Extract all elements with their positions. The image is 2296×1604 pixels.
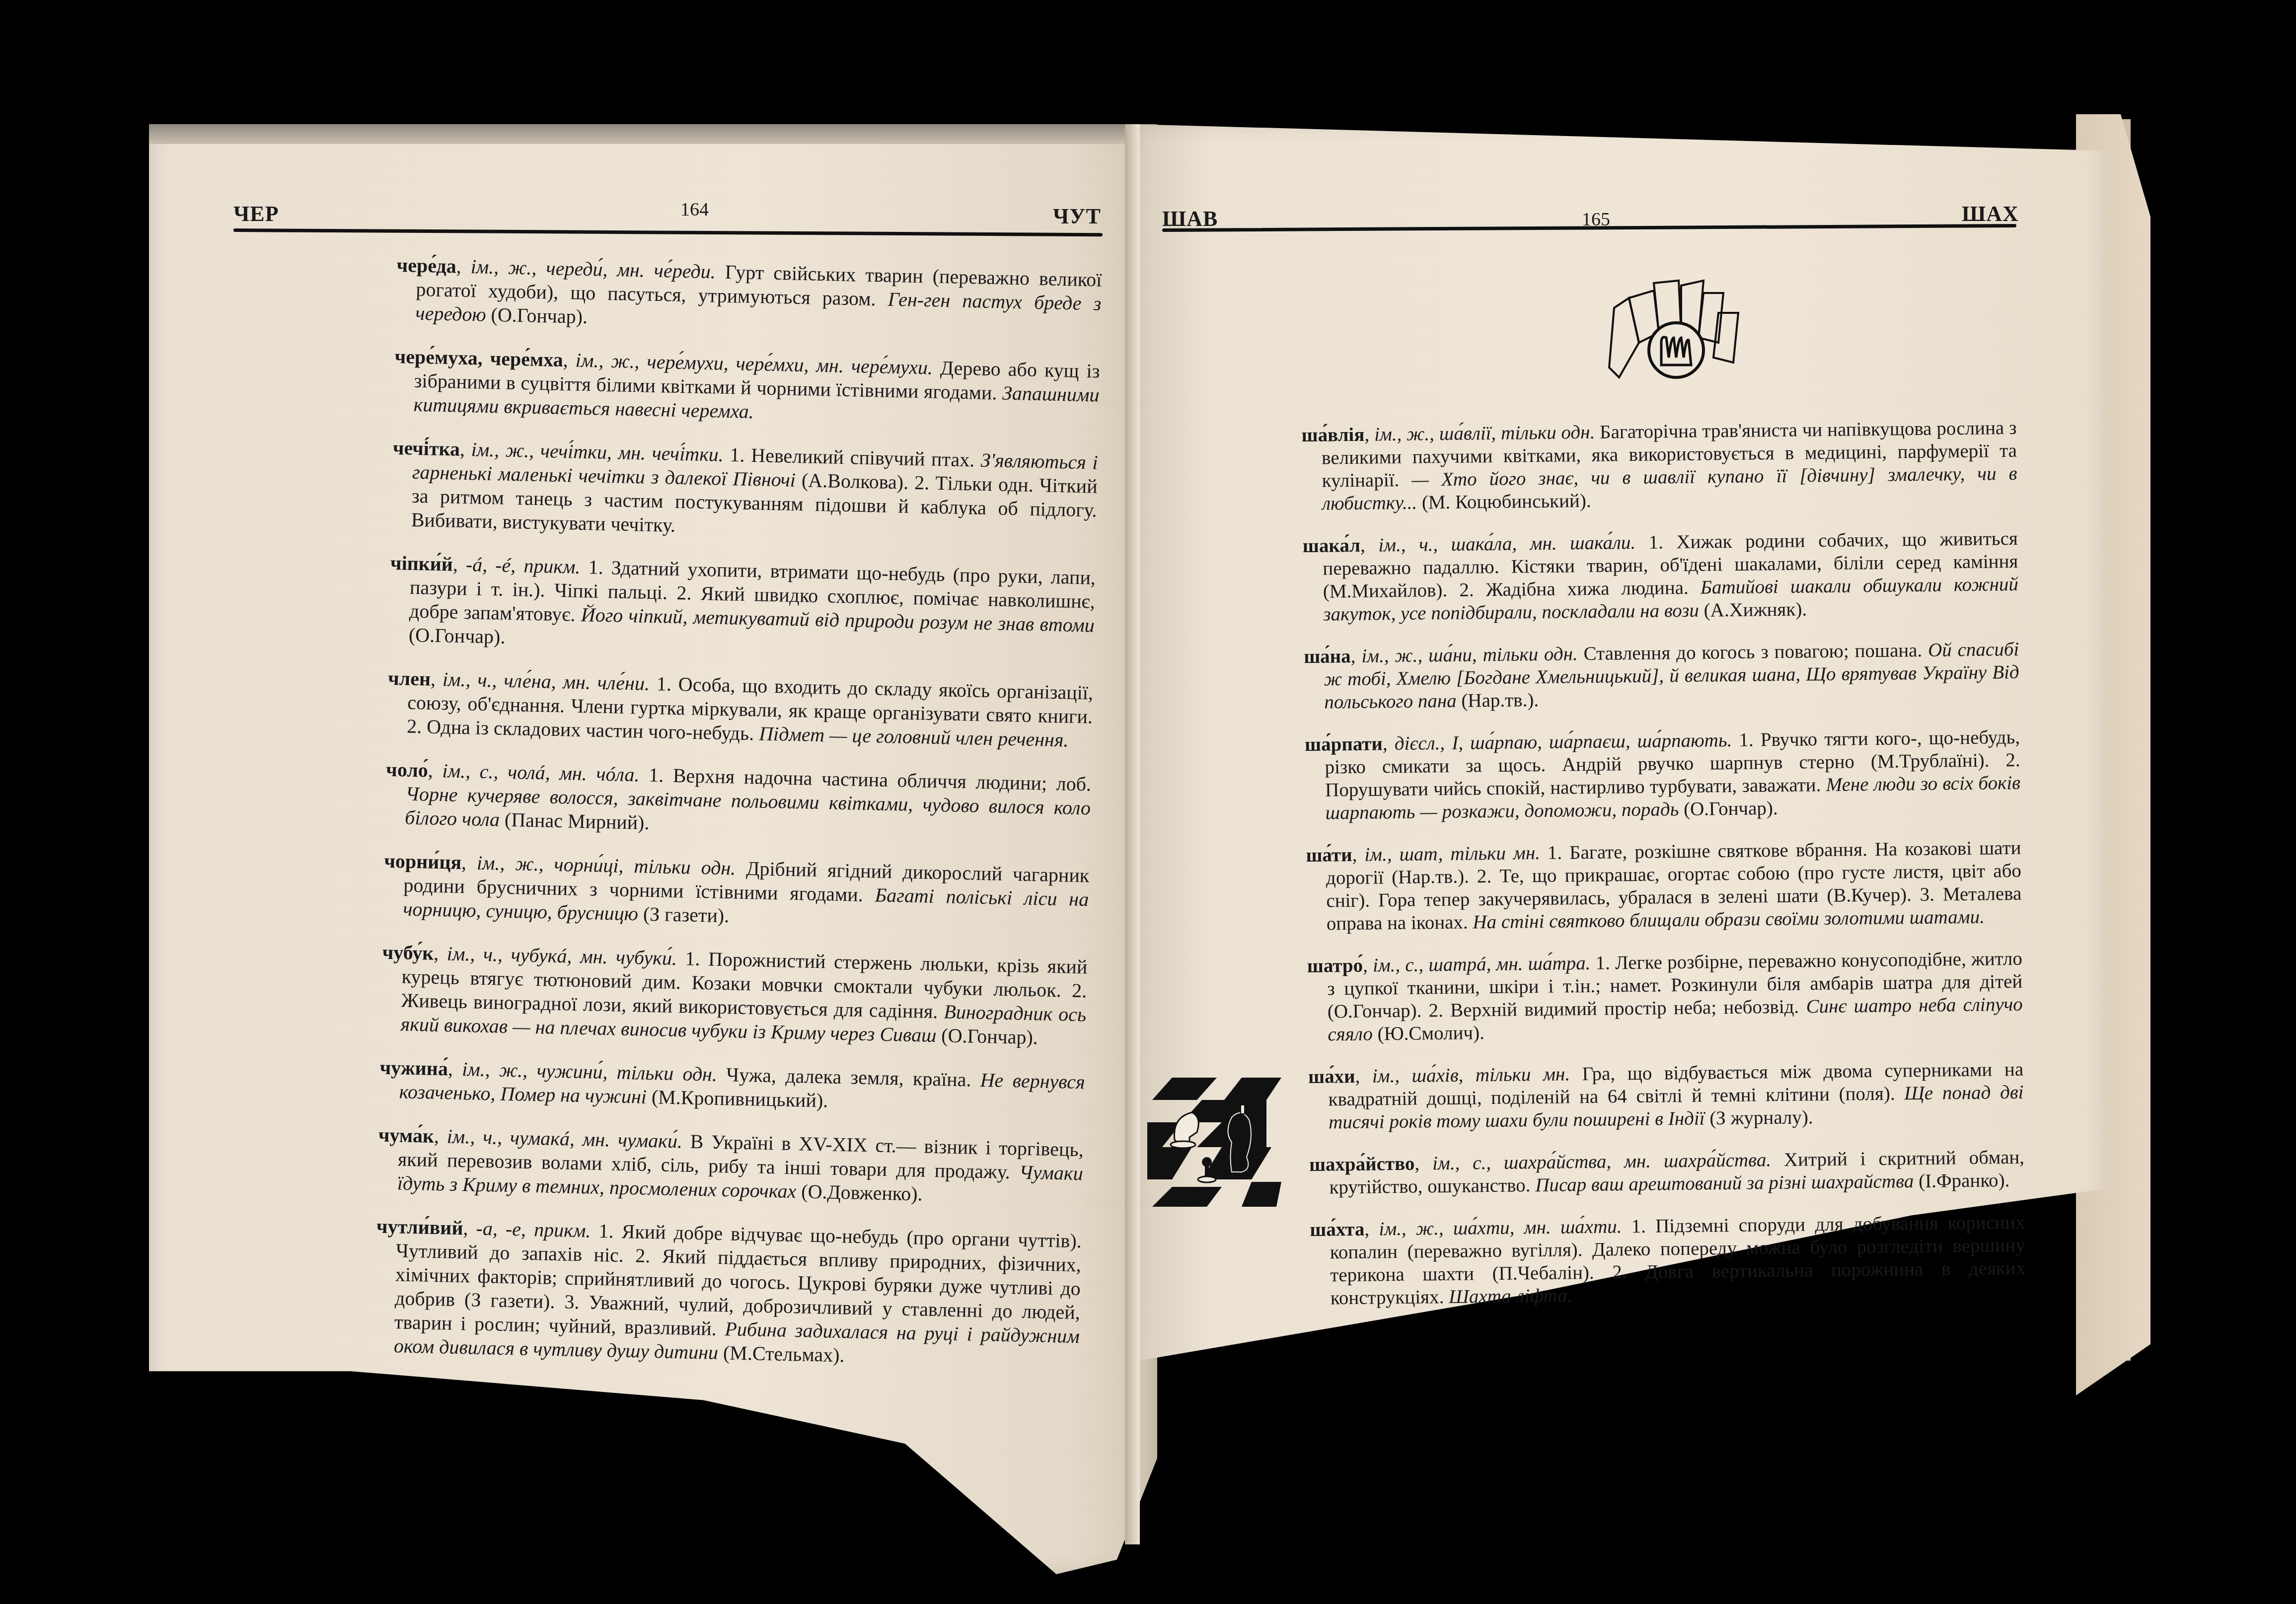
dictionary-entry: чужина́, ім., ж., чужини́, тільки одн. Ч… xyxy=(379,1056,1085,1118)
running-head-last-word: ЧУТ xyxy=(1053,204,1101,229)
headword: шатро́ xyxy=(1307,955,1363,977)
headword: ша́ти xyxy=(1306,844,1352,866)
grammar-note: ім., шат, тільки мн. xyxy=(1364,842,1540,866)
headword: ша́влія xyxy=(1301,424,1364,446)
definition: Ставлення до когось з повагою; пошана. xyxy=(1583,640,1922,664)
grammar-note: -а, -е, прикм. xyxy=(476,1217,591,1242)
source: (О.Гончар). xyxy=(491,303,588,328)
source: (Нар.тв.). xyxy=(1461,689,1539,712)
grammar-note: ім., с., чолá, мн. чóла. xyxy=(442,759,640,786)
headword: шака́л xyxy=(1303,535,1360,557)
grammar-note: -á, -é, прикм. xyxy=(466,553,581,578)
headword: чубу́к xyxy=(382,941,434,964)
book-gutter xyxy=(1125,124,1140,1544)
running-head-first-word: ШАВ xyxy=(1162,206,1218,231)
running-head-last-word: ШАХ xyxy=(1962,201,2019,226)
headword: чечі́тка xyxy=(392,437,460,460)
headword: чутли́вий xyxy=(376,1215,463,1239)
dictionary-entry: чере́да, ім., ж., череди́, мн. че́реди. … xyxy=(395,253,1102,340)
open-dictionary-book: ЧЕР 164 ЧУТ ШАВ 165 ШАХ xyxy=(0,0,2296,1604)
grammar-note: ім., ж., чечі́тки, мн. чечі́тки. xyxy=(471,438,724,466)
source: (О.Довженко). xyxy=(801,1180,923,1205)
right-page-entries: ша́влія, ім., ж., ша́влії, тільки одн. Б… xyxy=(1301,397,2026,1325)
emblem-illustration-icon xyxy=(1599,263,1743,387)
grammar-note: дієсл., I, ша́рпаю, ша́рпаєш, ша́рпають. xyxy=(1395,729,1732,754)
dictionary-entry: шахра́йство, ім., с., шахра́йства, мн. ш… xyxy=(1309,1146,2025,1199)
grammar-note: ім., ша́хів, тільки мн. xyxy=(1372,1063,1570,1087)
grammar-note: ім., ч., шака́ла, мн. шака́ли. xyxy=(1378,532,1635,556)
headword: чіпки́й xyxy=(390,552,453,576)
dictionary-entry: ша́ти, ім., шат, тільки мн. 1. Багате, р… xyxy=(1306,837,2022,936)
headword: член xyxy=(388,667,431,690)
page-number: 164 xyxy=(680,199,709,220)
running-head-first-word: ЧЕР xyxy=(233,201,279,226)
dictionary-entry: чума́к, ім., ч., чумакá, мн. чумаки́. В … xyxy=(377,1123,1084,1210)
source: (О.Гончар). xyxy=(1684,798,1778,820)
source: (Панас Мирний). xyxy=(505,808,650,834)
grammar-note: ім., ж., череди́, мн. че́реди. xyxy=(470,255,716,283)
headword: шахра́йство xyxy=(1309,1153,1415,1175)
example: На стіні святково блищали образи своїми … xyxy=(1473,906,1985,933)
dictionary-entry: чечі́тка, ім., ж., чечі́тки, мн. чечі́тк… xyxy=(391,436,1098,546)
dictionary-entry: ша́на, ім., ж., ша́ни, тільки одн. Ставл… xyxy=(1304,638,2019,714)
grammar-note: ім., с., шахра́йства, мн. шахра́йства. xyxy=(1432,1149,1771,1174)
dictionary-entry: ша́хта, ім., ж., ша́хти, мн. ша́хти. 1. … xyxy=(1310,1211,2026,1310)
example: Шахта ліфта. xyxy=(1449,1285,1572,1308)
grammar-note: ім., ж., ша́хти, мн. ша́хти. xyxy=(1379,1216,1622,1239)
left-page-entries: чере́да, ім., ж., череди́, мн. че́реди. … xyxy=(373,233,1103,1387)
page-top-edge xyxy=(149,124,1157,144)
dictionary-entry: чоло́, ім., с., чолá, мн. чóла. 1. Верхн… xyxy=(385,758,1092,844)
headword: чере́да xyxy=(396,254,456,278)
grammar-note: ім., ж., чужини́, тільки одн. xyxy=(462,1058,718,1086)
headword: ша́хта xyxy=(1310,1219,1365,1240)
example: Писар ваш арештований за різні шахрайств… xyxy=(1535,1170,1914,1196)
grammar-note: ім., ч., чумакá, мн. чумаки́. xyxy=(446,1125,682,1152)
headword: чорни́ця xyxy=(384,850,462,874)
dictionary-entry: шатро́, ім., с., шатрá, мн. ша́тра. 1. Л… xyxy=(1307,948,2023,1046)
source: (О.Гончар). xyxy=(941,1024,1038,1048)
dictionary-entry: ша́рпати, дієсл., I, ша́рпаю, ша́рпаєш, … xyxy=(1305,726,2021,825)
chess-board-illustration-icon xyxy=(1142,1058,1281,1212)
grammar-note: ім., ч., чле́на, мн. чле́ни. xyxy=(443,668,650,695)
headword: чоло́ xyxy=(386,758,428,782)
headword: чума́к xyxy=(378,1124,435,1147)
grammar-note: ім., ж., ша́влії, тільки одн. xyxy=(1374,422,1595,445)
dictionary-entry: член, ім., ч., чле́на, мн. чле́ни. 1. Ос… xyxy=(387,666,1094,753)
headword: чужина́ xyxy=(379,1056,448,1080)
dictionary-entry: шака́л, ім., ч., шака́ла, мн. шака́ли. 1… xyxy=(1303,527,2019,626)
dictionary-entry: чіпки́й, -á, -é, прикм. 1. Здатний ухопи… xyxy=(389,551,1096,661)
dictionary-entry: ша́влія, ім., ж., ша́влії, тільки одн. Б… xyxy=(1301,417,2017,515)
definition: Чужа, далека земля, країна. xyxy=(726,1063,971,1091)
source: (М. Коцюбинський). xyxy=(1422,490,1591,513)
dictionary-entry: чубу́к, ім., ч., чубукá, мн. чубуки́. 1.… xyxy=(380,941,1088,1051)
source: (А.Хижняк). xyxy=(1703,598,1807,621)
dictionary-entry: чере́муха, чере́мха, ім., ж., чере́мухи,… xyxy=(393,345,1100,431)
headword: ша́на xyxy=(1304,646,1351,667)
definition: 1. Невеликий співучий птах. xyxy=(730,443,975,471)
source: (Ю.Смолич). xyxy=(1377,1022,1484,1044)
source: (З журналу). xyxy=(1709,1106,1813,1129)
source: (М.Стельмах). xyxy=(723,1341,845,1366)
dictionary-entry: ша́хи, ім., ша́хів, тільки мн. Гра, що в… xyxy=(1308,1058,2024,1134)
dictionary-entry: чорни́ця, ім., ж., чорни́ці, тільки одн.… xyxy=(383,849,1090,936)
headword: чере́муха, чере́мха xyxy=(394,345,563,371)
grammar-note: ім., ч., чубукá, мн. чубуки́. xyxy=(446,942,677,969)
grammar-note: ім., ж., ша́ни, тільки одн. xyxy=(1361,643,1578,667)
source: (М.Кропивницький). xyxy=(652,1086,828,1111)
source: (І.Франко). xyxy=(1919,1169,2010,1192)
headword: ша́хи xyxy=(1308,1066,1355,1088)
grammar-note: ім., с., шатрá, мн. ша́тра. xyxy=(1373,952,1591,976)
grammar-note: ім., ж., чорни́ці, тільки одн. xyxy=(477,852,736,879)
headword: ша́рпати xyxy=(1305,733,1383,755)
source: (О.Гончар). xyxy=(409,624,506,648)
dictionary-entry: чутли́вий, -а, -е, прикм. 1. Який добре … xyxy=(374,1215,1082,1373)
source: (З газети). xyxy=(643,903,730,927)
example: Підмет — це головний член речення. xyxy=(759,722,1069,751)
